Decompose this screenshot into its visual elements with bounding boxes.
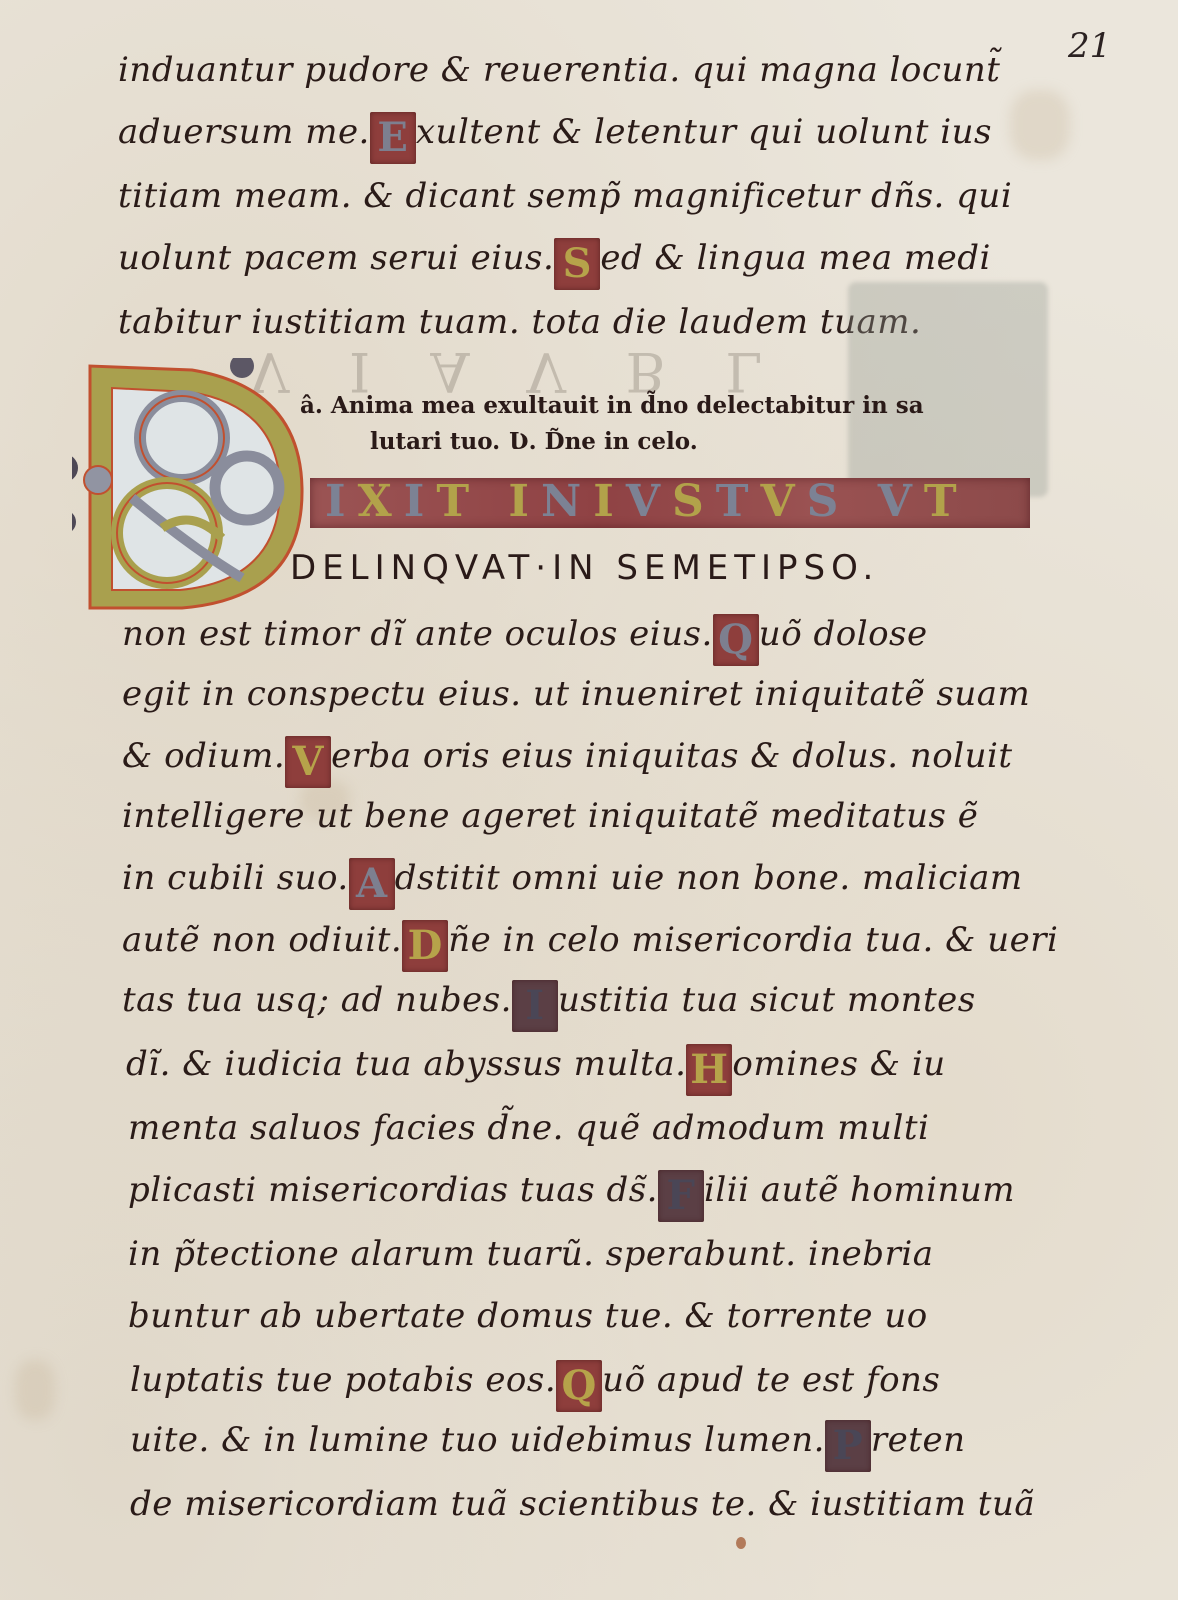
text-line: in p̃tectione alarum tuarũ. sperabunt. … bbox=[128, 1234, 933, 1274]
text-line: buntur ab ubertate domus tue. & torrente… bbox=[128, 1296, 928, 1336]
antiphon-line: lutari tuo. Ʋ. D̃ne in celo. bbox=[370, 428, 698, 455]
text-line: non est timor dĩ ante oculos eius.Quõ … bbox=[122, 614, 928, 666]
decorated-initial: Q bbox=[713, 614, 759, 666]
text-line: induantur pudore & reuerentia. qui magna… bbox=[118, 50, 1000, 90]
text-line: egit in conspectu eius. ut inueniret ini… bbox=[122, 674, 1030, 714]
text-line: de misericordiam tuã scientibus te. & i… bbox=[130, 1484, 1035, 1524]
decorated-initial: E bbox=[370, 112, 416, 164]
text-line: tabitur iustitiam tuam. tota die laudem … bbox=[118, 302, 921, 342]
decorated-initial: F bbox=[658, 1170, 704, 1222]
offset-ghost-initial bbox=[848, 282, 1048, 497]
capitals-line: DELINQVAT·IN SEMETIPSO. bbox=[290, 548, 879, 588]
folio-number: 21 bbox=[1068, 26, 1111, 66]
text-line: aduersum me.Exultent & letentur qui uolu… bbox=[118, 112, 992, 164]
decorated-initial: H bbox=[686, 1044, 732, 1096]
text-line: dĩ. & iudicia tua abyssus multa.Homines… bbox=[126, 1044, 946, 1096]
text-line: intelligere ut bene ageret iniquitatẽ m… bbox=[122, 796, 978, 836]
text-line: & odium.Verba oris eius iniquitas & dolu… bbox=[122, 736, 1013, 788]
incipit-letters: IXIT INIVSTVS VT bbox=[325, 476, 969, 527]
decorated-initial: A bbox=[349, 858, 395, 910]
text-line: uite. & in lumine tuo uidebimus lumen.Pr… bbox=[130, 1420, 965, 1472]
text-line: titiam meam. & dicant semp̃ magnificetur… bbox=[118, 176, 1012, 216]
decorated-initial: P bbox=[825, 1420, 871, 1472]
illuminated-initial-d bbox=[72, 358, 310, 616]
antiphon-line: â. Anima mea exultauit in d̃no delectab… bbox=[300, 392, 924, 419]
decorated-initial: S bbox=[554, 238, 600, 290]
text-line: autẽ non odiuit.Dñe in celo misericord… bbox=[122, 920, 1058, 972]
manuscript-page: 21 induantur pudore & reuerentia. qui ma… bbox=[0, 0, 1178, 1600]
decorated-initial: D bbox=[402, 920, 448, 972]
text-line: luptatis tue potabis eos.Quõ apud te es… bbox=[130, 1360, 940, 1412]
ink-spot bbox=[736, 1537, 746, 1549]
text-line: menta saluos facies d̃ne. quẽ admodum m… bbox=[128, 1108, 929, 1148]
decorated-initial: Q bbox=[556, 1360, 602, 1412]
decorated-initial: V bbox=[285, 736, 331, 788]
decorated-initial: I bbox=[512, 980, 558, 1032]
text-line: plicasti misericordias tuas ds̃.Filii au… bbox=[128, 1170, 1015, 1222]
parchment-stain bbox=[1010, 90, 1070, 160]
text-line: tas tua usq; ad nubes.Iustitia tua sicut… bbox=[122, 980, 976, 1032]
text-line: in cubili suo.Adstitit omni uie non bone… bbox=[122, 858, 1023, 910]
parchment-stain bbox=[15, 1360, 55, 1420]
